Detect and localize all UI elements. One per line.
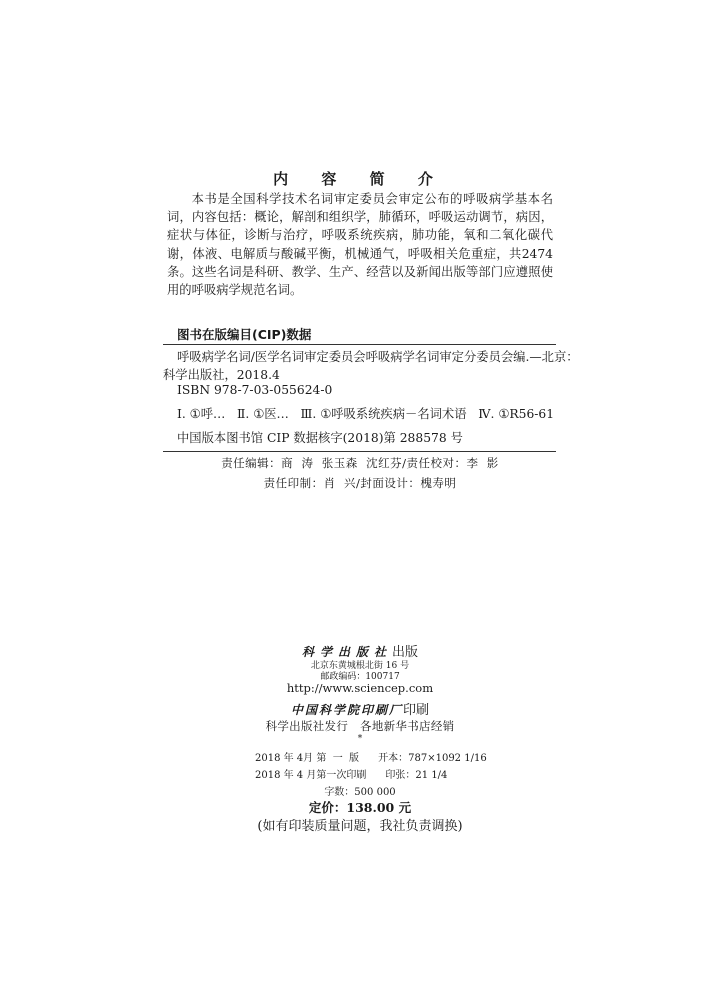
- printer-suffix: 印刷: [403, 703, 429, 718]
- printing-line: 2018 年 4 月第一次印刷 印张：21 1/4: [255, 766, 447, 781]
- publisher-url: http://www.sciencep.com: [0, 681, 720, 695]
- credits-production: 责任印制：肖 兴/封面设计：槐寿明: [0, 475, 720, 491]
- word-count: 字数：500 000: [0, 783, 720, 798]
- cip-isbn: ISBN 978-7-03-055624-0: [177, 383, 332, 397]
- quality-notice: (如有印装质量问题，我社负责调换): [0, 815, 720, 834]
- distribution-line: 科学出版社发行 各地新华书店经销: [0, 718, 720, 734]
- printer-calligraphy: 中国科学院印刷厂: [291, 703, 403, 717]
- separator-asterisk: *: [0, 734, 720, 744]
- cip-heading: 图书在版编目(CIP)数据: [177, 325, 311, 343]
- cip-bottom-rule: [163, 451, 556, 452]
- summary-paragraph: 本书是全国科学技术名词审定委员会审定公布的呼吸病学基本名词，内容包括：概论，解剖…: [167, 190, 553, 299]
- summary-block: 本书是全国科学技术名词审定委员会审定公布的呼吸病学基本名词，内容包括：概论，解剖…: [167, 190, 553, 299]
- cip-record-number: 中国版本图书馆 CIP 数据核字(2018)第 288578 号: [177, 428, 463, 446]
- summary-title: 内 容 简 介: [0, 168, 720, 189]
- cip-publisher-line: 科学出版社，2018.4: [163, 365, 280, 383]
- printer-line: 中国科学院印刷厂印刷: [0, 699, 720, 718]
- cip-top-rule: [163, 344, 556, 345]
- publisher-calligraphy: 科学出版社: [302, 645, 392, 659]
- credits-editors: 责任编辑：商 涛 张玉森 沈红芬/责任校对：李 影: [0, 455, 720, 471]
- edition-line: 2018 年 4月 第 一 版 开本：787×1092 1/16: [255, 749, 487, 764]
- cip-classification: Ⅰ. ①呼… Ⅱ. ①医… Ⅲ. ①呼吸系统疾病－名词术语 Ⅳ. ①R56-61: [177, 404, 554, 422]
- price: 定价：138.00 元: [0, 798, 720, 816]
- cip-title-line: 呼吸病学名词/医学名词审定委员会呼吸病学名词审定分委员会编.—北京：: [177, 347, 579, 365]
